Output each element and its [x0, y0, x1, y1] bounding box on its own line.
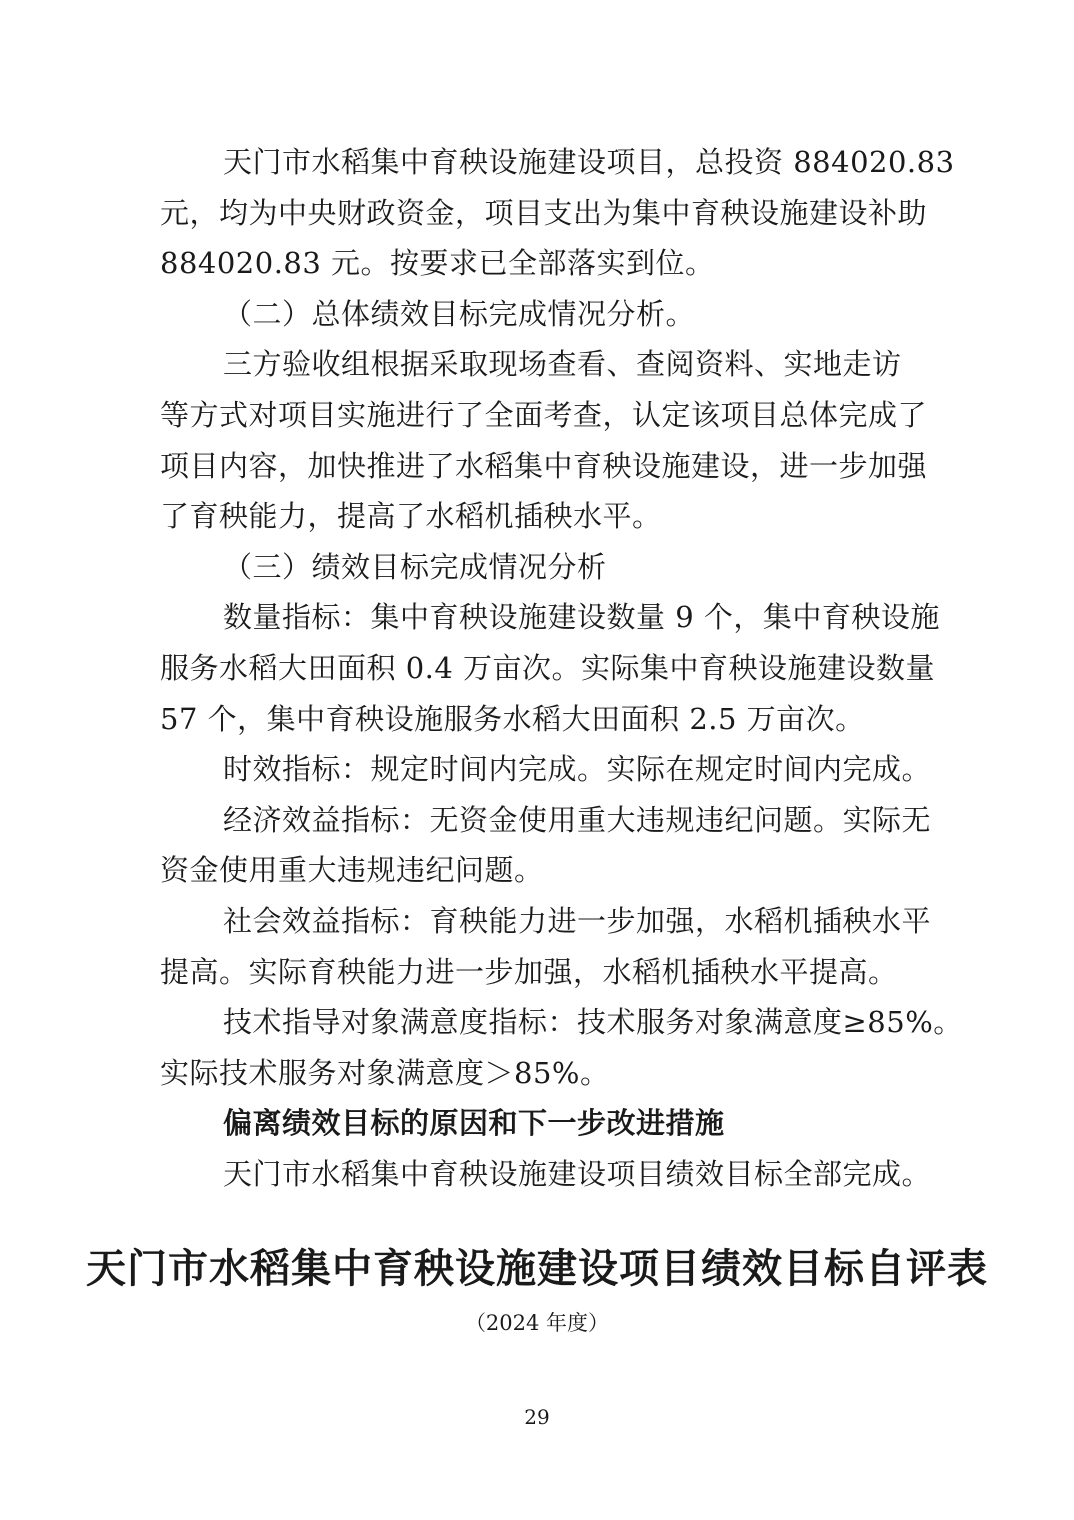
body-line: 时效指标：规定时间内完成。实际在规定时间内完成。: [160, 744, 926, 795]
body-line: 资金使用重大违规违纪问题。: [160, 845, 926, 896]
document-body: 天门市水稻集中育秧设施建设项目，总投资 884020.83元，均为中央财政资金，…: [160, 137, 926, 1199]
body-line: （三）绩效目标完成情况分析: [160, 542, 926, 593]
body-line: 884020.83 元。按要求已全部落实到位。: [160, 238, 926, 289]
table-title: 天门市水稻集中育秧设施建设项目绩效目标自评表: [0, 1245, 1074, 1292]
document-page: 天门市水稻集中育秧设施建设项目，总投资 884020.83元，均为中央财政资金，…: [0, 0, 1074, 1520]
body-line: 三方验收组根据采取现场查看、查阅资料、实地走访: [160, 339, 926, 390]
section-heading: 偏离绩效目标的原因和下一步改进措施: [160, 1098, 926, 1149]
page-number: 29: [0, 1405, 1074, 1429]
body-line: 等方式对项目实施进行了全面考查，认定该项目总体完成了: [160, 390, 926, 441]
body-line: 数量指标：集中育秧设施建设数量 9 个，集中育秧设施: [160, 592, 926, 643]
body-line: 社会效益指标：育秧能力进一步加强，水稻机插秧水平: [160, 896, 926, 947]
body-line: 提高。实际育秧能力进一步加强，水稻机插秧水平提高。: [160, 947, 926, 998]
body-line: 服务水稻大田面积 0.4 万亩次。实际集中育秧设施建设数量: [160, 643, 926, 694]
body-line: 天门市水稻集中育秧设施建设项目绩效目标全部完成。: [160, 1149, 926, 1200]
table-subtitle: （2024 年度）: [0, 1309, 1074, 1337]
body-line: 实际技术服务对象满意度＞85%。: [160, 1048, 926, 1099]
body-line: 57 个，集中育秧设施服务水稻大田面积 2.5 万亩次。: [160, 694, 926, 745]
body-line: 技术指导对象满意度指标：技术服务对象满意度≥85%。: [160, 997, 926, 1048]
body-line: 天门市水稻集中育秧设施建设项目，总投资 884020.83: [160, 137, 926, 188]
body-line: （二）总体绩效目标完成情况分析。: [160, 289, 926, 340]
body-line: 元，均为中央财政资金，项目支出为集中育秧设施建设补助: [160, 188, 926, 239]
body-line: 了育秧能力，提高了水稻机插秧水平。: [160, 491, 926, 542]
body-line: 经济效益指标：无资金使用重大违规违纪问题。实际无: [160, 795, 926, 846]
body-line: 项目内容，加快推进了水稻集中育秧设施建设，进一步加强: [160, 441, 926, 492]
